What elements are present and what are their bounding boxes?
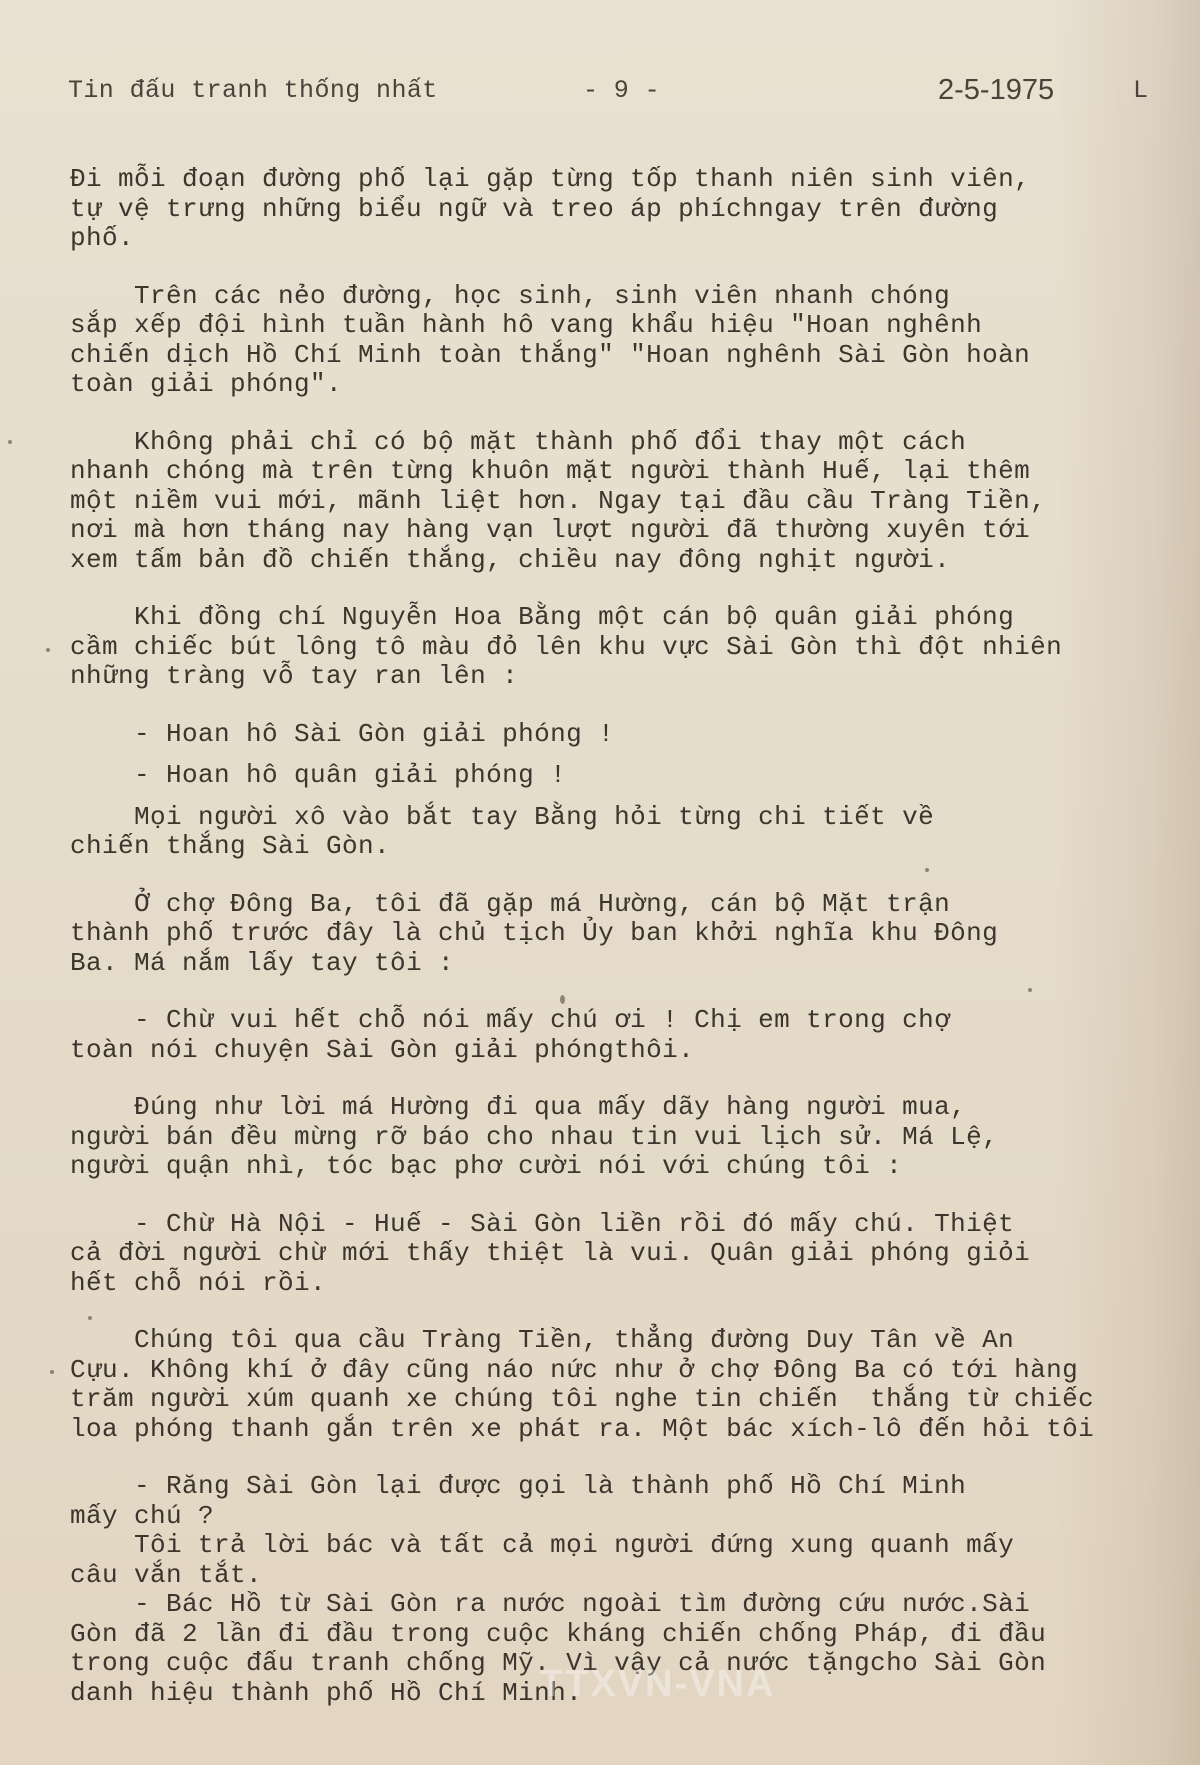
paragraph: - Hoan hô quân giải phóng !	[70, 761, 1170, 791]
paragraph-gap	[70, 400, 1170, 428]
paragraph-gap	[70, 575, 1170, 603]
text-line: sắp xếp đội hình tuần hành hô vang khẩu …	[70, 311, 1170, 341]
paper-speck	[88, 1316, 92, 1320]
text-line: nơi mà hơn tháng nay hàng vạn lượt người…	[70, 516, 1170, 546]
bulletin-title: Tin đấu tranh thống nhất	[68, 76, 438, 106]
paper-speck	[925, 868, 929, 872]
text-line: loa phóng thanh gắn trên xe phát ra. Một…	[70, 1415, 1170, 1445]
document-body: Đi mỗi đoạn đường phố lại gặp từng tốp t…	[70, 165, 1170, 1708]
text-line: thành phố trước đây là chủ tịch Ủy ban k…	[70, 919, 1170, 949]
text-line: - Hoan hô Sài Gòn giải phóng !	[70, 720, 1170, 750]
paragraph-gap	[70, 1182, 1170, 1210]
text-line: Trên các nẻo đường, học sinh, sinh viên …	[70, 282, 1170, 312]
text-line: toàn giải phóng".	[70, 370, 1170, 400]
text-line: Đi mỗi đoạn đường phố lại gặp từng tốp t…	[70, 165, 1170, 195]
paper-speck	[46, 648, 50, 652]
paragraph: Đúng như lời má Hường đi qua mấy dãy hàn…	[70, 1093, 1170, 1182]
page-number: - 9 -	[583, 76, 660, 106]
text-line: - Hoan hô quân giải phóng !	[70, 761, 1170, 791]
text-line: - Bác Hồ từ Sài Gòn ra nước ngoài tìm đư…	[70, 1590, 1170, 1620]
document-date: 2-5-1975	[938, 76, 1054, 106]
text-line: Mọi người xô vào bắt tay Bằng hỏi từng c…	[70, 803, 1170, 833]
paragraph-gap	[70, 862, 1170, 890]
paragraph: Đi mỗi đoạn đường phố lại gặp từng tốp t…	[70, 165, 1170, 254]
paper-speck	[1028, 988, 1032, 992]
text-line: cả đời người chừ mới thấy thiệt là vui. …	[70, 1239, 1170, 1269]
paragraph: Chúng tôi qua cầu Tràng Tiền, thẳng đườn…	[70, 1326, 1170, 1444]
text-line: Đúng như lời má Hường đi qua mấy dãy hàn…	[70, 1093, 1170, 1123]
paragraph: Không phải chỉ có bộ mặt thành phố đổi t…	[70, 428, 1170, 576]
text-line: Chúng tôi qua cầu Tràng Tiền, thẳng đườn…	[70, 1326, 1170, 1356]
text-line: xem tấm bản đồ chiến thắng, chiều nay đô…	[70, 546, 1170, 576]
paper-speck	[560, 995, 565, 1004]
text-line: Khi đồng chí Nguyễn Hoa Bằng một cán bộ …	[70, 603, 1170, 633]
typewritten-document-page: Tin đấu tranh thống nhất - 9 - 2-5-1975 …	[0, 0, 1200, 1765]
paragraph: - Chừ Hà Nội - Huế - Sài Gòn liền rồi đó…	[70, 1210, 1170, 1299]
paragraph: Khi đồng chí Nguyễn Hoa Bằng một cán bộ …	[70, 603, 1170, 692]
agency-watermark: TTXVN-VNA	[540, 1670, 775, 1700]
text-line: những tràng vỗ tay ran lên :	[70, 662, 1170, 692]
text-line: người bán đều mừng rỡ báo cho nhau tin v…	[70, 1123, 1170, 1153]
paper-speck	[50, 1370, 54, 1374]
paragraph: - Hoan hô Sài Gòn giải phóng !	[70, 720, 1170, 750]
paragraph: - Chừ vui hết chỗ nói mấy chú ơi ! Chị e…	[70, 1006, 1170, 1065]
text-line: nhanh chóng mà trên từng khuôn mặt người…	[70, 457, 1170, 487]
paragraph: Mọi người xô vào bắt tay Bằng hỏi từng c…	[70, 803, 1170, 862]
text-line: hết chỗ nói rồi.	[70, 1269, 1170, 1299]
paragraph-gap	[70, 692, 1170, 720]
paragraph: Trên các nẻo đường, học sinh, sinh viên …	[70, 282, 1170, 400]
document-header: Tin đấu tranh thống nhất - 9 - 2-5-1975 …	[68, 76, 1160, 112]
paragraph-gap	[70, 791, 1170, 803]
text-line: Không phải chỉ có bộ mặt thành phố đổi t…	[70, 428, 1170, 458]
text-line: câu vắn tắt.	[70, 1561, 1170, 1591]
text-line: tự vệ trưng những biểu ngữ và treo áp ph…	[70, 195, 1170, 225]
text-line: mấy chú ?	[70, 1502, 1170, 1532]
text-line: Ở chợ Đông Ba, tôi đã gặp má Hường, cán …	[70, 890, 1170, 920]
header-mark: L	[1133, 76, 1148, 106]
text-line: Tôi trả lời bác và tất cả mọi người đứng…	[70, 1531, 1170, 1561]
paragraph-gap	[70, 1298, 1170, 1326]
text-line: một niềm vui mới, mãnh liệt hơn. Ngay tạ…	[70, 487, 1170, 517]
text-line: người quận nhì, tóc bạc phơ cười nói với…	[70, 1152, 1170, 1182]
text-line: trăm người xúm quanh xe chúng tôi nghe t…	[70, 1385, 1170, 1415]
text-line: - Chừ Hà Nội - Huế - Sài Gòn liền rồi đó…	[70, 1210, 1170, 1240]
text-line: phố.	[70, 224, 1170, 254]
paragraph-gap	[70, 254, 1170, 282]
paragraph-gap	[70, 1444, 1170, 1472]
paragraph: Ở chợ Đông Ba, tôi đã gặp má Hường, cán …	[70, 890, 1170, 979]
text-line: Cựu. Không khí ở đây cũng náo nức như ở …	[70, 1356, 1170, 1386]
text-line: chiến dịch Hồ Chí Minh toàn thắng" "Hoan…	[70, 341, 1170, 371]
text-line: toàn nói chuyện Sài Gòn giải phóngthôi.	[70, 1036, 1170, 1066]
text-line: cầm chiếc bút lông tô màu đỏ lên khu vực…	[70, 633, 1170, 663]
paragraph-gap	[70, 1065, 1170, 1093]
paragraph-gap	[70, 978, 1170, 1006]
text-line: chiến thắng Sài Gòn.	[70, 832, 1170, 862]
text-line: - Răng Sài Gòn lại được gọi là thành phố…	[70, 1472, 1170, 1502]
text-line: - Chừ vui hết chỗ nói mấy chú ơi ! Chị e…	[70, 1006, 1170, 1036]
text-line: Gòn đã 2 lần đi đầu trong cuộc kháng chi…	[70, 1620, 1170, 1650]
text-line: Ba. Má nắm lấy tay tôi :	[70, 949, 1170, 979]
paper-speck	[8, 440, 12, 444]
